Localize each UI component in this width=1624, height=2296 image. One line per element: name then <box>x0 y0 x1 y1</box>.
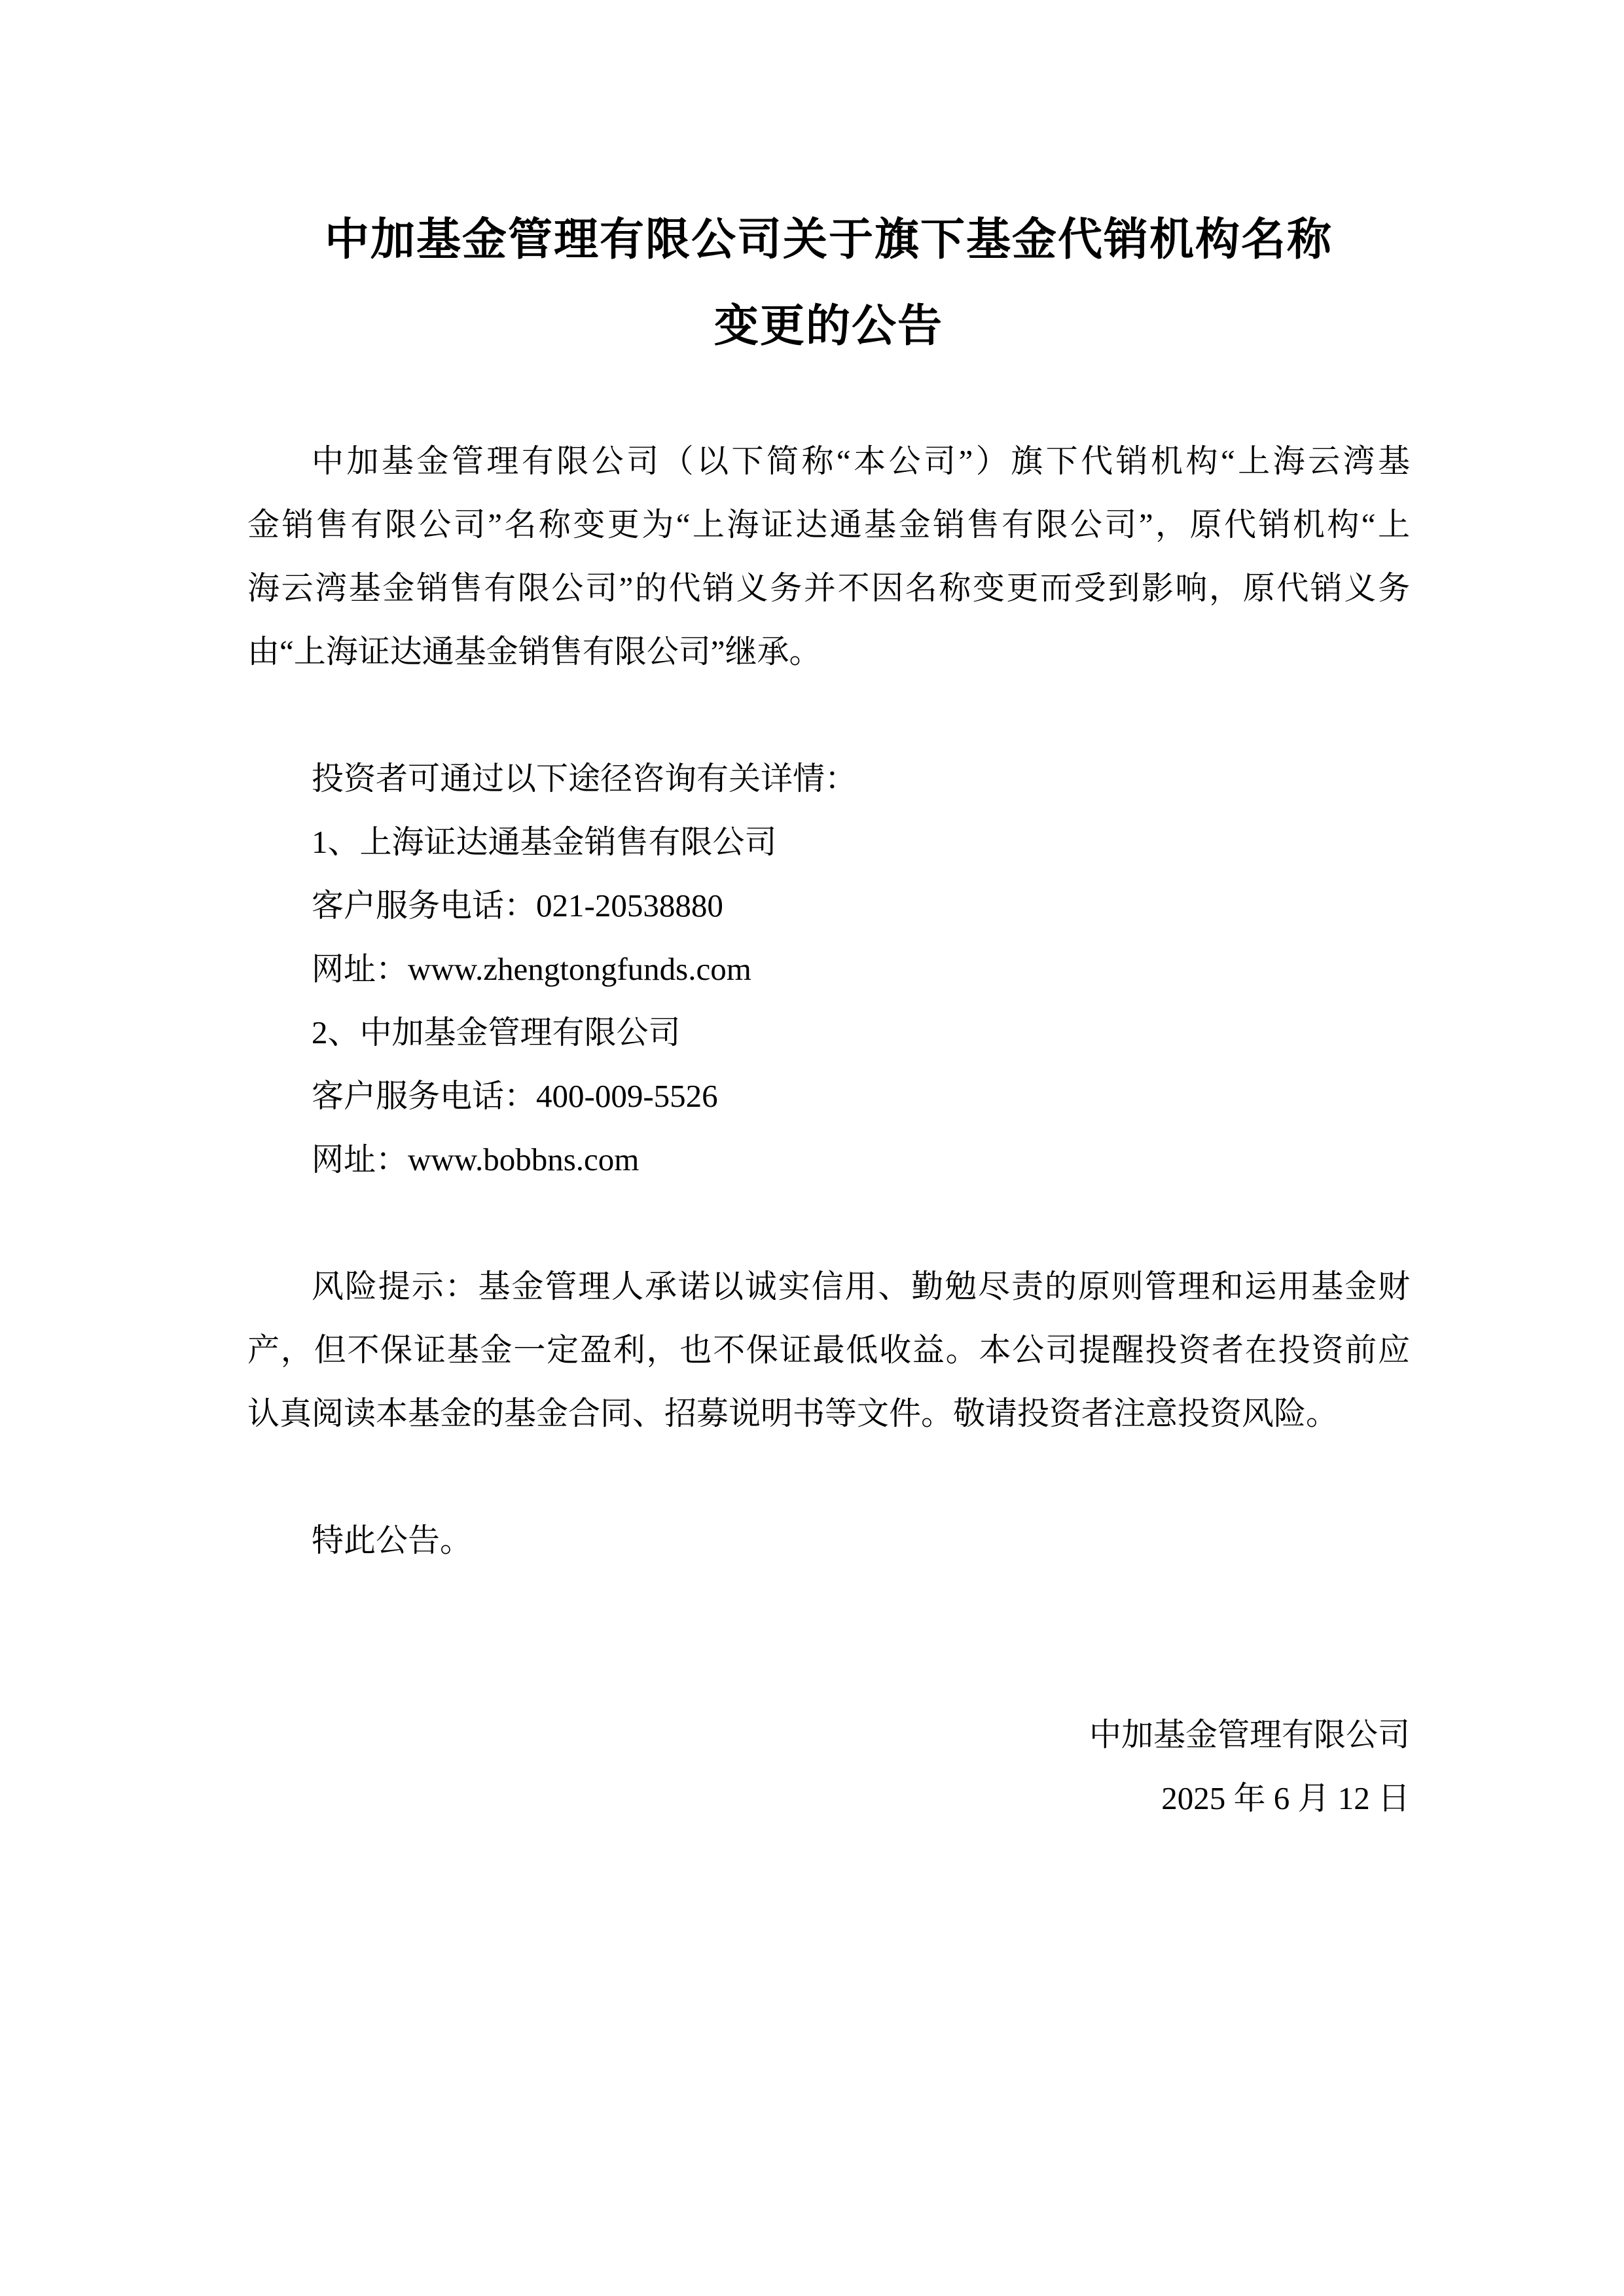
contact-2-phone: 客户服务电话：400-009-5526 <box>247 1064 1410 1128</box>
paragraph-line: 海云湾基金销售有限公司”的代销义务并不因名称变更而受到影响，原代销义务 <box>247 556 1410 620</box>
announcement-page: 中加基金管理有限公司关于旗下基金代销机构名称 变更的公告 中加基金管理有限公司（… <box>0 0 1624 2296</box>
paragraph-line: 由“上海证达通基金销售有限公司”继承。 <box>247 620 1410 683</box>
closing-statement: 特此公告。 <box>247 1509 1410 1572</box>
title-line-1: 中加基金管理有限公司关于旗下基金代销机构名称 <box>247 196 1410 283</box>
signature-date: 2025 年 6 月 12 日 <box>247 1767 1410 1830</box>
paragraph-line: 中加基金管理有限公司（以下简称“本公司”）旗下代销机构“上海云湾基 <box>247 429 1410 493</box>
contact-section: 投资者可通过以下途径咨询有关详情： 1、上海证达通基金销售有限公司 客户服务电话… <box>247 747 1410 1191</box>
risk-line: 产，但不保证基金一定盈利，也不保证最低收益。本公司提醒投资者在投资前应 <box>247 1318 1410 1382</box>
paragraph-line: 金销售有限公司”名称变更为“上海证达通基金销售有限公司”，原代销机构“上 <box>247 493 1410 556</box>
signature-company: 中加基金管理有限公司 <box>247 1703 1410 1767</box>
closing-line: 特此公告。 <box>247 1509 1410 1572</box>
contact-2-website: 网址：www.bobbns.com <box>247 1128 1410 1191</box>
paragraph-name-change: 中加基金管理有限公司（以下简称“本公司”）旗下代销机构“上海云湾基 金销售有限公… <box>247 429 1410 683</box>
risk-warning-paragraph: 风险提示：基金管理人承诺以诚实信用、勤勉尽责的原则管理和运用基金财 产，但不保证… <box>247 1255 1410 1445</box>
contact-1-phone: 客户服务电话：021-20538880 <box>247 874 1410 937</box>
document-content: 中加基金管理有限公司关于旗下基金代销机构名称 变更的公告 中加基金管理有限公司（… <box>247 0 1410 1830</box>
risk-line: 风险提示：基金管理人承诺以诚实信用、勤勉尽责的原则管理和运用基金财 <box>247 1255 1410 1318</box>
contact-intro: 投资者可通过以下途径咨询有关详情： <box>247 747 1410 810</box>
document-body: 中加基金管理有限公司（以下简称“本公司”）旗下代销机构“上海云湾基 金销售有限公… <box>247 429 1410 1830</box>
contact-1-website: 网址：www.zhengtongfunds.com <box>247 937 1410 1001</box>
contact-2-name: 2、中加基金管理有限公司 <box>247 1001 1410 1064</box>
title-line-2: 变更的公告 <box>247 283 1410 369</box>
risk-line: 认真阅读本基金的基金合同、招募说明书等文件。敬请投资者注意投资风险。 <box>247 1382 1410 1445</box>
signature-block: 中加基金管理有限公司 2025 年 6 月 12 日 <box>247 1703 1410 1830</box>
document-title: 中加基金管理有限公司关于旗下基金代销机构名称 变更的公告 <box>247 196 1410 369</box>
contact-1-name: 1、上海证达通基金销售有限公司 <box>247 810 1410 874</box>
